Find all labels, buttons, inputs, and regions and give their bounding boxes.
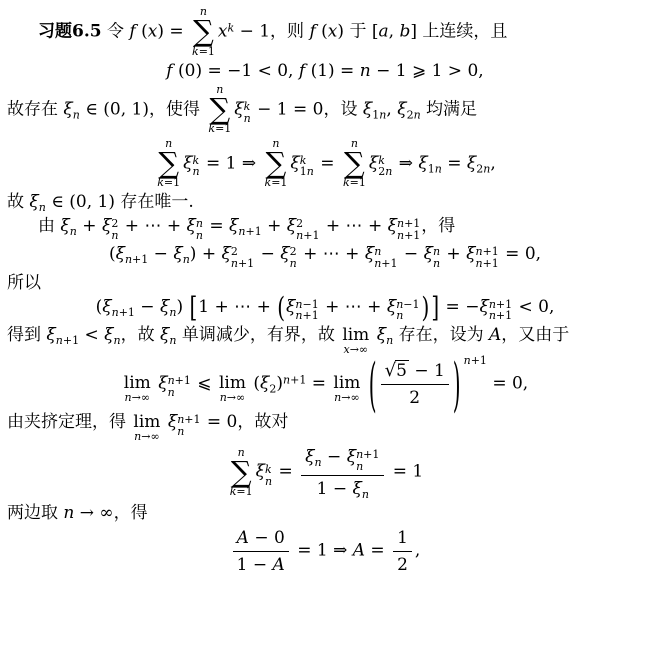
sub-sup-stack: kn [193,155,200,178]
math-text: 5 [396,361,407,381]
math-run: + ⋯ + ξ [119,216,195,236]
math-run: ⇒ ξ [393,153,427,173]
math-text: =1 [164,176,180,189]
math-run: = [273,462,298,482]
recurrence-intro: 由 ξn + ξ2n + ⋯ + ξnn = ξn+1 + ξ2n+1 + ⋯ … [7,215,643,241]
math-run: = 0 [202,412,238,432]
math-run: = 0, [500,244,541,264]
math-text: n [397,229,404,242]
math-text: 1 [428,162,435,175]
math-text: + [441,244,466,264]
math-text: ξ [369,153,378,173]
math-run: ξ [160,325,169,345]
cjk-text: 单调减少，有界，故 [177,325,341,345]
math-text: 2 [397,555,408,575]
math-text: ) [176,297,188,317]
cjk-text: 于 [349,21,371,41]
sum-lower-limit: k=1 [265,177,288,189]
summation-operator: n∑k=1 [192,6,215,58]
math-text: = [273,462,298,482]
math-text: − 0 [249,528,285,548]
math-text: ] [410,21,422,41]
summation-operator: n∑k=1 [343,138,366,190]
sum-lower-limit: k=1 [343,177,366,189]
subscript: n [39,201,46,214]
exponent-superscript: n+1 [464,354,487,367]
math-run: < ξ [79,325,113,345]
math-run: ξ [369,153,378,173]
math-run: ∈ (0, 1) [46,192,121,212]
cjk-text: 由 [38,216,60,236]
sub-sup-stack: n+1n [168,375,191,398]
stack-subscript: n+1 [296,230,319,242]
math-run: A [489,325,501,345]
math-text: ξ [388,216,397,236]
stack-subscript: n+1 [397,230,420,242]
math-text: →∞ [341,391,359,404]
lim-lower-limit: n→∞ [220,392,245,404]
math-text: A [353,540,365,560]
lim-lower-limit: n→∞ [134,431,159,443]
sub-sup-stack: kn [265,464,272,487]
math-text: −1 [403,298,419,311]
sub-sup-stack: 2n [111,218,118,241]
cjk-text: 得到 [7,325,46,345]
sum-lower-limit: k=1 [230,486,253,498]
cjk-text: ，得 [421,216,455,236]
math-run: ξ [63,99,72,119]
math-text: ξ [183,153,192,173]
endpoint-values-formula: f (0) = −1 < 0, f (1) = n − 1 ⩾ 1 > 0, [7,60,643,82]
summation-operator: n∑k=1 [208,84,231,136]
math-text: = 1 [387,462,423,482]
math-text: = [315,153,340,173]
math-text: − [322,447,347,467]
math-text: n [464,354,471,367]
math-run: ∈ (0, 1) [80,99,149,119]
math-text: n [220,391,227,404]
math-text: + ⋯ + [298,244,365,264]
math-text: + ⋯ + [320,297,387,317]
math-run: f (0) = −1 < 0, f (1) = n − 1 ⩾ 1 > 0, [166,61,483,81]
math-text: ξ [352,479,361,499]
sub-sup-stack: nn [433,246,440,269]
subscript: n+1 [112,306,135,319]
math-run: ξ [363,99,372,119]
stack-subscript: n [396,310,403,322]
math-run: ξ [46,325,55,345]
sum-lower-limit: k=1 [192,46,215,58]
math-text: 2 [409,388,420,408]
math-run: − ξ [255,244,289,264]
stack-subscript: n [356,461,363,473]
math-text: ) = [157,21,189,41]
math-text: =1 [271,176,287,189]
math-text: +1 [363,448,379,461]
math-text: ξ [256,462,265,482]
math-text: ∈ (0, 1) [46,192,121,212]
math-text: ξ [173,244,182,264]
uniqueness-formula: n∑k=1ξkn = 1 ⇒ n∑k=1ξk1n = n∑k=1ξk2n ⇒ ξ… [7,138,643,190]
math-text: →∞ [350,343,368,356]
math-run: ξ [183,153,192,173]
math-text: ξ [479,297,488,317]
cjk-text: 令 [102,21,130,41]
math-text: , [490,153,495,173]
math-text: − [399,244,424,264]
stack-subscript: n+1 [475,258,498,270]
math-run: = [306,373,331,393]
stack-subscript: n+1 [231,258,254,270]
math-text: +1 [63,334,79,347]
fraction-numerator: A − 0 [233,526,289,552]
math-text: =1 [199,45,215,58]
math-text: ⩽ [192,373,217,393]
limit-operator: limx→∞ [342,327,369,356]
subscript: n [70,225,77,238]
radicand: 5 [395,360,409,381]
math-text: n [125,391,132,404]
math-text: =1 [350,176,366,189]
math-text: 1 [397,528,408,548]
math-text: n [63,503,74,523]
math-text: A [237,528,249,548]
subscript: n+1 [238,225,261,238]
math-run: ξ [153,373,168,393]
factored-formula: (ξn+1 − ξn) [1 + ⋯ + (ξn−1n+1 + ⋯ + ξn−1… [7,296,643,322]
math-text: n [193,165,200,178]
cjk-text: 所以 [7,273,41,293]
math-text: − 1 ⩾ 1 > 0, [371,61,484,81]
math-run: ξ [29,192,38,212]
math-text: ξ [424,244,433,264]
math-text: k [192,45,199,58]
math-run: 2 [409,388,420,408]
math-text: n [183,253,190,266]
math-text: n [196,229,203,242]
math-run: + ⋯ + ξ [298,244,374,264]
math-text: →∞ [227,391,245,404]
math-text: − 1 = 0 [252,99,324,119]
fraction: ξn − ξn+1n1 − ξn [301,445,384,499]
math-text: n [360,61,371,81]
limit-operator: limn→∞ [219,375,246,404]
subscript: 1n [428,162,442,175]
lim-lower-limit: x→∞ [344,344,369,356]
sub-sup-stack: k1n [300,155,314,178]
math-text: ξ [466,244,475,264]
math-run: x [218,21,228,41]
math-text: A [273,555,285,575]
math-text: ) + [190,244,222,264]
sigma-glyph: ∑ [231,459,252,487]
lim-text: lim [333,375,360,392]
math-text: → ∞ [74,503,113,523]
math-text [362,373,367,393]
math-text: +1 [132,253,148,266]
math-text: n [475,257,482,270]
math-run: , [490,153,495,173]
math-run: = 0, [487,373,528,393]
math-text: n [385,165,392,178]
math-text: ξ [467,153,476,173]
math-text: ξ [387,297,396,317]
math-text: x [148,21,158,41]
fraction: 12 [393,526,412,576]
math-text: + ⋯ + [320,216,387,236]
math-text: ξ [221,244,230,264]
math-text: +1 [471,354,487,367]
math-text: +1 [404,229,420,242]
math-text: + ⋯ + [119,216,186,236]
math-text: n [238,225,245,238]
math-run [362,373,367,393]
big-delimiter: [ [189,293,197,321]
math-run: ξ [286,297,295,317]
monotone-line: 得到 ξn+1 < ξn，故 ξn 单调减少，有界，故 limx→∞ ξn 存在… [7,324,643,356]
cjk-text: 由夹挤定理，得 [7,412,131,432]
subscript: 2n [407,108,421,121]
stack-subscript: n [111,230,118,242]
sub-sup-stack: nn+1 [374,246,397,269]
math-text: n [356,460,363,473]
cjk-text: ，设 [324,99,363,119]
math-run: + ξ [77,216,111,236]
math-text: ∈ (0, 1) [80,99,149,119]
sub-sup-stack: n+1n+1 [475,246,498,269]
sigma-glyph: ∑ [266,150,287,178]
math-text: n [265,475,272,488]
squeeze-conclusion: 由夹挤定理，得 limn→∞ ξn+1n = 0，故对 [7,411,643,443]
math-text: →∞ [132,391,150,404]
math-run: ξ [162,412,177,432]
cjk-text: ，又由于 [501,325,569,345]
math-text: n [177,425,184,438]
math-run: ξ [290,153,299,173]
math-run: + ξ [262,216,296,236]
math-text: →∞ [141,430,159,443]
math-text: , [415,540,420,560]
stack-subscript: n [265,476,272,488]
math-text: +1 [303,309,319,322]
math-run: 1 − ξ [317,479,362,499]
subscript: n [315,456,322,469]
math-run: ξ [256,462,265,482]
cjk-text: 习题6.5 [38,21,102,41]
sub-sup-stack: n+1n+1 [397,218,420,241]
subscript: n [73,108,80,121]
stack-subscript: n [168,387,175,399]
math-text: = 1 ⇒ [292,540,353,560]
math-run: = ξ [442,153,476,173]
math-run: − ξ [135,297,169,317]
math-text: ξ [418,153,427,173]
sub-sup-stack: kn [244,101,251,124]
math-text: , [389,21,400,41]
math-text: +1 [175,374,191,387]
math-text: +1 [303,229,319,242]
math-run: < 0, [513,297,554,317]
math-text: x [328,21,338,41]
stack-subscript: 2n [378,166,392,178]
math-run: ) + ξ [190,244,231,264]
math-text: 1 [300,165,307,178]
math-text: = 0 [202,412,238,432]
math-text: =1 [215,122,231,135]
fraction-numerator: ξn − ξn+1n [301,445,384,475]
math-text: ξ [347,447,356,467]
fraction-numerator: √5 − 1 [381,358,449,385]
math-text: n [125,253,132,266]
cjk-text: ，得 [114,503,148,523]
math-text: n [169,334,176,347]
fraction: √5 − 12 [381,358,449,409]
subscript: n [183,253,190,266]
sum-lower-limit: k=1 [208,123,231,135]
sub-sup-stack: 2n [290,246,297,269]
math-text: 1 + ⋯ + [198,297,276,317]
subscript: n+1 [125,253,148,266]
big-delimiter: ] [431,293,439,321]
subscript: n [114,334,121,347]
math-text: (0) = −1 < 0, [173,61,299,81]
math-text: ξ [280,244,289,264]
math-text: < 0, [513,297,554,317]
fraction-denominator: 2 [381,385,449,409]
math-run: ξ [305,447,314,467]
lim-lower-limit: n→∞ [125,392,150,404]
final-answer-formula: A − 01 − A = 1 ⇒ A = 12, [7,526,643,576]
math-text: ξ [286,297,295,317]
math-text: n [295,309,302,322]
math-text: x [218,21,228,41]
stack-subscript: n+1 [374,258,397,270]
cjk-text: ，则 [270,21,309,41]
math-text: ξ [260,373,269,393]
math-text: +1 [483,257,499,270]
math-run: + ξ [441,244,475,264]
math-text: ξ [160,325,169,345]
math-text: − 1 [234,21,270,41]
math-text: n [56,334,63,347]
math-text: ξ [305,447,314,467]
math-text: n [315,456,322,469]
math-run: − ξ [322,447,356,467]
math-text: k [343,176,350,189]
math-text: < [79,325,104,345]
math-text: ξ [377,325,386,345]
stack-subscript: n [244,113,251,125]
cjk-text: 均满足 [421,99,477,119]
math-text: ξ [168,412,177,432]
uniqueness-conclusion: 故 ξn ∈ (0, 1) 存在唯一. [7,191,643,213]
math-text: ( [316,21,328,41]
big-delimiter: ) [422,293,430,321]
math-text: ξ [363,99,372,119]
stack-subscript: n+1 [295,310,318,322]
math-run: 1 [397,528,408,548]
math-text: +1 [238,257,254,270]
math-text: ξ [63,99,72,119]
math-text: , [386,99,397,119]
math-text: +1 [246,225,262,238]
math-text: + [262,216,287,236]
cjk-text: ，故对 [237,412,288,432]
math-text: n [435,162,442,175]
sigma-glyph: ∑ [344,150,365,178]
math-run: 1 − A [237,555,285,575]
math-text: ξ [104,325,113,345]
math-run: + ⋯ + ξ [320,216,396,236]
math-text: b [399,21,410,41]
math-text: ξ [234,99,243,119]
math-text: 1 − [317,479,353,499]
math-text: +1 [184,413,200,426]
math-text: ξ [60,216,69,236]
stack-subscript: 1n [300,166,314,178]
math-run: A − 0 [237,528,285,548]
math-run: [a, b] [372,21,423,41]
sub-sup-stack: k2n [378,155,392,178]
math-document: 习题6.5 令 f (x) = n∑k=1xk − 1，则 f (x) 于 [a… [0,0,649,576]
sigma-glyph: ∑ [193,18,214,46]
math-run: ξ [371,325,386,345]
sub-sup-stack: n+1n [177,414,200,437]
math-run: n → ∞ [63,503,113,523]
sum-lower-limit: k=1 [157,177,180,189]
math-run: 1 + ⋯ + [198,297,276,317]
sub-sup-stack: 2n+1 [296,218,319,241]
math-text: ξ [397,99,406,119]
cjk-text: 上连续，且 [422,21,507,41]
math-run: (ξ [109,244,125,264]
math-text: − [135,297,160,317]
cjk-text: 两边取 [7,503,63,523]
math-run: ⩽ [192,373,217,393]
sub-sup-stack: 2n+1 [231,246,254,269]
take-limit-line: 两边取 n → ∞，得 [7,502,643,524]
subscript: n [362,488,369,501]
subscript: 1n [372,108,386,121]
math-run: = −ξ [440,297,489,317]
math-text: ( [248,373,260,393]
superscript: n+1 [283,373,306,386]
fraction-denominator: 1 − A [233,552,289,576]
sub-sup-stack: nn [196,218,203,241]
math-text: +1 [496,309,512,322]
big-delimiter: ( [277,293,285,321]
math-text: ξ [187,216,196,236]
math-run: ξ [234,99,243,119]
subscript: n [169,334,176,347]
math-text: ξ [160,297,169,317]
math-text: = [442,153,467,173]
math-text: − [148,244,173,264]
stack-subscript: n [433,258,440,270]
limit-operator: limn→∞ [133,414,160,443]
math-text: n [489,309,496,322]
difference-formula: (ξn+1 − ξn) + ξ2n+1 − ξ2n + ⋯ + ξnn+1 − … [7,243,643,269]
math-text: ( [109,244,116,264]
math-run: = 1 ⇒ [201,153,262,173]
math-text: ) [337,21,349,41]
math-run: (ξ [248,373,269,393]
math-text: ξ [116,244,125,264]
math-text: +1 [119,306,135,319]
math-run: , [415,540,420,560]
lim-text: lim [124,375,151,392]
math-text: +1 [381,257,397,270]
